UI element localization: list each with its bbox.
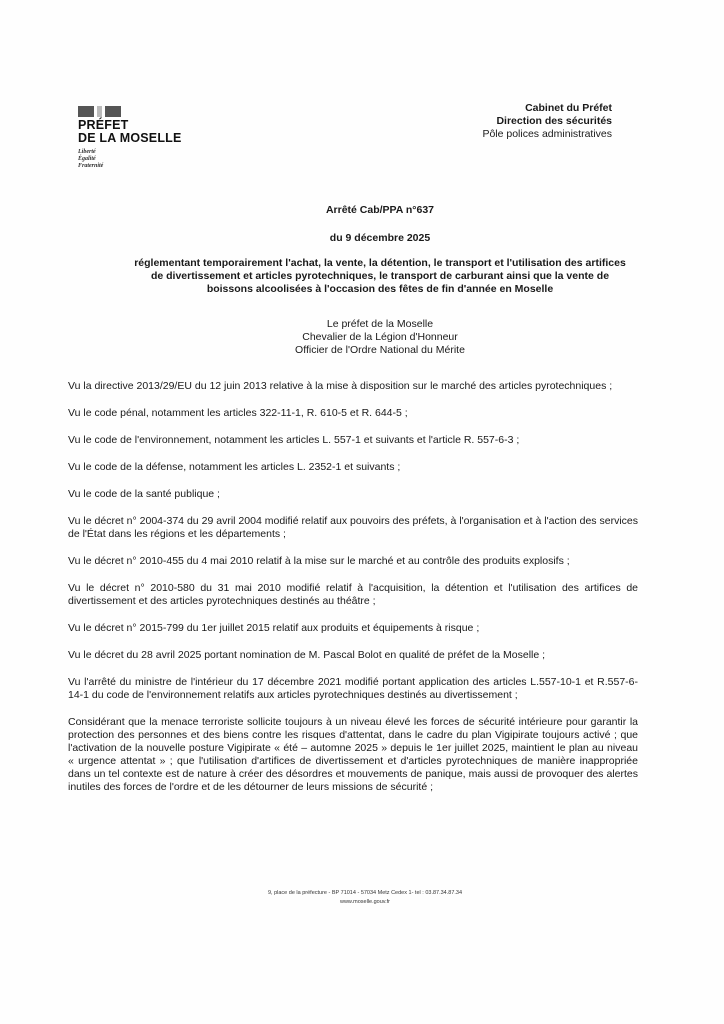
subject-line: réglementant temporairement l'achat, la … (80, 257, 680, 270)
visas-section: Vu la directive 2013/29/EU du 12 juin 20… (68, 380, 638, 808)
logo-title-line2: DE LA MOSELLE (78, 132, 182, 145)
visa-paragraph: Vu l'arrêté du ministre de l'intérieur d… (68, 676, 638, 702)
issuing-service: Cabinet du Préfet Direction des sécurité… (482, 102, 612, 141)
arrete-subject: réglementant temporairement l'achat, la … (80, 257, 680, 296)
service-cabinet: Cabinet du Préfet (482, 102, 612, 115)
visa-paragraph: Vu le code de la défense, notamment les … (68, 461, 638, 474)
republic-motto: Liberté Égalité Fraternité (78, 149, 182, 170)
page-footer: 9, place de la préfecture - BP 71014 - 5… (200, 889, 530, 907)
arrete-date: du 9 décembre 2025 (80, 232, 680, 244)
visa-paragraph: Vu le code de la santé publique ; (68, 488, 638, 501)
footer-website: www.moselle.gouv.fr (200, 898, 530, 907)
prefect-titles: Le préfet de la Moselle Chevalier de la … (80, 318, 680, 357)
prefect-name: Le préfet de la Moselle (80, 318, 680, 331)
service-pole: Pôle polices administratives (482, 128, 612, 141)
prefecture-logo: PRÉFET DE LA MOSELLE Liberté Égalité Fra… (78, 106, 182, 170)
considering-paragraph: Considérant que la menace terroriste sol… (68, 716, 638, 794)
visa-paragraph: Vu le décret n° 2015-799 du 1er juillet … (68, 622, 638, 635)
subject-line: de divertissement et articles pyrotechni… (80, 270, 680, 283)
motto-liberte: Liberté (78, 149, 182, 156)
motto-egalite: Égalité (78, 156, 182, 163)
marianne-flag-icon (78, 106, 182, 117)
visa-paragraph: Vu le décret du 28 avril 2025 portant no… (68, 649, 638, 662)
document-page: PRÉFET DE LA MOSELLE Liberté Égalité Fra… (0, 0, 724, 1024)
visa-paragraph: Vu le code pénal, notamment les articles… (68, 407, 638, 420)
visa-paragraph: Vu le décret n° 2010-580 du 31 mai 2010 … (68, 582, 638, 608)
visa-paragraph: Vu le décret n° 2004-374 du 29 avril 200… (68, 515, 638, 541)
visa-paragraph: Vu le code de l'environnement, notamment… (68, 434, 638, 447)
prefect-honour-2: Officier de l'Ordre National du Mérite (80, 344, 680, 357)
visa-paragraph: Vu la directive 2013/29/EU du 12 juin 20… (68, 380, 638, 393)
service-direction: Direction des sécurités (482, 115, 612, 128)
prefect-honour-1: Chevalier de la Légion d'Honneur (80, 331, 680, 344)
motto-fraternite: Fraternité (78, 163, 182, 170)
subject-line: boissons alcoolisées à l'occasion des fê… (80, 283, 680, 296)
visa-paragraph: Vu le décret n° 2010-455 du 4 mai 2010 r… (68, 555, 638, 568)
arrete-number: Arrêté Cab/PPA n°637 (80, 204, 680, 216)
footer-address: 9, place de la préfecture - BP 71014 - 5… (200, 889, 530, 898)
